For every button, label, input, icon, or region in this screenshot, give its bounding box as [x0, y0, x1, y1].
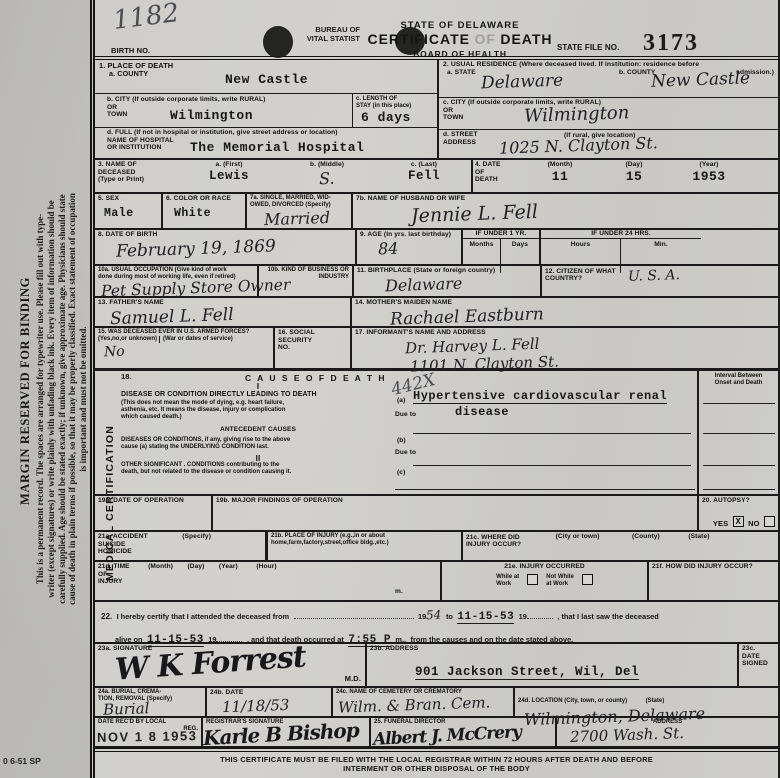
cause-title: C A U S E O F D E A T H	[245, 373, 387, 383]
interval-label: Interval Between Onset and Death	[702, 372, 775, 387]
death-month: 11	[521, 169, 599, 184]
birth-no-label: BIRTH NO.	[111, 47, 150, 55]
margin-instructions: This is a permanent record. The spaces a…	[35, 29, 89, 769]
death-year: 1953	[669, 169, 749, 184]
while-at-work-checkbox	[527, 574, 538, 585]
cause-a-value-2: disease	[455, 405, 509, 419]
place-of-death-title: 1. PLACE OF DEATH	[99, 62, 433, 70]
lead-label: DISEASE OR CONDITION DIRECTLY LEADING TO…	[121, 391, 395, 399]
row-name-date: 3. NAME OF DECEASED (Type or Print) a. (…	[95, 160, 778, 194]
filing-notice: THIS CERTIFICATE MUST BE FILED WITH THE …	[95, 748, 778, 773]
state-file-number: 3173	[643, 30, 699, 57]
last-name-cell: c. (Last) Fell	[377, 160, 473, 192]
under-1yr-cell: IF UNDER 1 YR. Months Days	[463, 230, 541, 264]
autopsy-no-checkbox	[764, 516, 775, 527]
city-value: Wilmington	[170, 108, 253, 123]
race-cell: 6. COLOR OR RACE White	[163, 194, 247, 228]
date-received-stamp: NOV 1 8 1953	[97, 728, 198, 745]
md-label: M.D.	[345, 675, 361, 683]
armed-forces-value: No	[104, 344, 125, 361]
race-value: White	[174, 207, 242, 220]
margin-instruction-line: carefully supplied. Age should be stated…	[57, 29, 68, 769]
cause-a-value: Hypertensive cardiovascular renal	[413, 389, 667, 404]
attended-to-date: 11-15-53	[457, 611, 514, 624]
where-injury-cell: 21c. WHERE DID INJURY OCCUR? (City or to…	[463, 532, 778, 560]
father-cell: 13. FATHER'S NAME Samuel L. Fell	[95, 298, 352, 326]
row-certify-statement: 22. I hereby certify that I attended the…	[95, 602, 778, 644]
injury-occurred-cell: 21e. INJURY OCCURRED While at Work Not W…	[442, 562, 649, 600]
sex-value: Male	[104, 207, 158, 220]
burial-type-cell: 24a. BURIAL, CREMA- TION, REMOVAL (Speci…	[95, 688, 207, 716]
antecedent-label: ANTECEDENT CAUSES	[121, 426, 395, 434]
sex-cell: 5. SEX Male	[95, 194, 163, 228]
spouse-cell: 7b. NAME OF HUSBAND OR WIFE Jennie L. Fe…	[353, 194, 778, 228]
informant-cell: 17. INFORMANT'S NAME AND ADDRESS Dr. Har…	[352, 328, 778, 368]
length-of-stay-label: c. LENGTH OF STAY (in this place)	[356, 96, 434, 110]
burial-date-cell: 24b. DATE 11/18/53	[207, 688, 333, 716]
age-value: 84	[378, 238, 399, 258]
medical-certification-label: MEDICAL CERTIFICATION	[101, 383, 119, 623]
usual-residence-title: 2. USUAL RESIDENCE (Where deceased lived…	[443, 61, 774, 69]
middle-name-value: S.	[319, 168, 335, 188]
major-findings-cell: 19b. MAJOR FINDINGS OF OPERATION	[213, 496, 699, 530]
margin-instruction-line: is important and must not be omitted.	[78, 29, 89, 769]
lead-note: (This does not mean the mode of dying, e…	[121, 400, 395, 421]
row-place-residence: 1. PLACE OF DEATH a. COUNTY New Castle b…	[95, 60, 778, 160]
birthplace-cell: 11. BIRTHPLACE (State or foreign country…	[354, 266, 542, 296]
accident-cell: 21a. ACCIDENT SUICIDE HOMICIDE (Specify)	[95, 532, 267, 560]
row-operation-autopsy: 19a. DATE OF OPERATION 19b. MAJOR FINDIN…	[95, 496, 778, 532]
row-sex-race-marital: 5. SEX Male 6. COLOR OR RACE White 7a. S…	[95, 194, 778, 230]
interval-column: Interval Between Onset and Death	[699, 371, 778, 494]
age-cell: 9. AGE (In yrs. last birthday) 84	[357, 230, 463, 264]
cemetery-cell: 24c. NAME OF CEMETERY OR CREMATORY Wilm.…	[333, 688, 515, 716]
row-occupation-birthplace: 10a. USUAL OCCUPATION (Give kind of work…	[95, 266, 778, 298]
physician-address-cell: 23b. ADDRESS 901 Jackson Street, Wil, De…	[367, 644, 739, 686]
last-name-value: Fell	[377, 169, 471, 183]
state-label: a. STATE	[447, 69, 476, 77]
attended-from-year: 54	[426, 608, 442, 623]
county-value: New Castle	[225, 72, 308, 87]
physician-signature-cell: 23a. SIGNATURE W K Forrest M.D.	[95, 644, 367, 686]
occupation-cell: 10a. USUAL OCCUPATION (Give kind of work…	[95, 266, 259, 296]
marital-cell: 7a. SINGLE, MARRIED, WID- OWED, DIVORCED…	[247, 194, 353, 228]
state-value: Delaware	[481, 71, 564, 94]
cause-c-line	[413, 465, 691, 466]
row-burial: 24a. BURIAL, CREMA- TION, REMOVAL (Speci…	[95, 688, 778, 718]
place-of-injury-cell: 21b. PLACE OF INJURY (e.g.,in or about h…	[267, 532, 463, 560]
date-received-cell: DATE REC'D BY LOCAL REG. NOV 1 8 1953	[95, 718, 203, 746]
autopsy-cell: 20. AUTOPSY? YES X NO	[699, 496, 778, 530]
antecedent-note: DISEASES OR CONDITIONS, if any, giving r…	[121, 437, 395, 451]
margin-instruction-line: This is a permanent record. The spaces a…	[35, 29, 46, 769]
binding-margin: MARGIN RESERVED FOR BINDING This is a pe…	[0, 0, 90, 778]
certificate-body: 1182 BUREAU OF VITAL STATIST BIRTH NO. S…	[90, 0, 780, 778]
burial-location-cell: 24d. LOCATION (City, town, or county) (S…	[515, 688, 778, 716]
title-block: STATE OF DELAWARE CERTIFICATE OF DEATH B…	[295, 20, 625, 59]
hospital-value: The Memorial Hospital	[190, 140, 364, 155]
other-conditions-line	[395, 489, 695, 490]
row-registrar: DATE REC'D BY LOCAL REG. NOV 1 8 1953 RE…	[95, 718, 778, 748]
section-place-of-death: 1. PLACE OF DEATH a. COUNTY New Castle b…	[95, 60, 439, 158]
physician-address-value: 901 Jackson Street, Wil, Del	[415, 665, 639, 680]
state-file-label: STATE FILE NO.	[557, 44, 619, 52]
burial-date-value: 11/18/53	[222, 695, 290, 715]
date-of-birth-cell: 8. DATE OF BIRTH February 19, 1869	[95, 230, 357, 264]
time-of-injury-cell: 21d. TIME OF INJURY (Month) (Day) (Year)…	[95, 562, 442, 600]
how-injury-cell: 21f. HOW DID INJURY OCCUR?	[649, 562, 778, 600]
registrar-signature-cell: REGISTRAR'S SIGNATURE Karle B Bishop	[203, 718, 371, 746]
funeral-director-address: 2700 Wash. St.	[570, 724, 685, 746]
row-parents: 13. FATHER'S NAME Samuel L. Fell 14. MOT…	[95, 298, 778, 328]
date-of-death-label: 4. DATE OF DEATH	[475, 161, 521, 191]
mother-cell: 14. MOTHER'S MAIDEN NAME Rachael Eastbur…	[352, 298, 778, 326]
hidden-of: OF	[474, 31, 495, 47]
state-line: STATE OF DELAWARE	[295, 20, 625, 31]
cause-b-line	[413, 433, 691, 434]
res-city-value: Wilmington	[524, 102, 630, 127]
row-injury-2: 21d. TIME OF INJURY (Month) (Day) (Year)…	[95, 562, 778, 602]
date-of-death-cell: 4. DATE OF DEATH (Month)11 (Day)15 (Year…	[473, 160, 778, 192]
birthplace-value: Delaware	[385, 273, 463, 295]
marital-value: Married	[264, 208, 331, 229]
ink-stamp-blob	[263, 26, 293, 58]
spouse-value: Jennie L. Fell	[411, 200, 539, 226]
date-signed-cell: 23c. DATE SIGNED	[739, 644, 778, 686]
row-physician: 23a. SIGNATURE W K Forrest M.D. 23b. ADD…	[95, 644, 778, 688]
row-forces-ssn-informant: 15. WAS DECEASED EVER IN U.S. ARMED FORC…	[95, 328, 778, 370]
under-24hrs-cell: IF UNDER 24 HRS. Hours Min.	[541, 230, 778, 264]
autopsy-yes-checkbox: X	[733, 516, 744, 527]
row-birth-age: 8. DATE OF BIRTH February 19, 1869 9. AG…	[95, 230, 778, 266]
burial-type-value: Burial	[103, 699, 150, 719]
row-injury-1: 21a. ACCIDENT SUICIDE HOMICIDE (Specify)…	[95, 532, 778, 562]
father-value: Samuel L. Fell	[110, 304, 234, 328]
other-conditions-label: OTHER SIGNIFICANT . CONDITIONS contribut…	[121, 462, 395, 476]
row-cause-of-death: 18. C A U S E O F D E A T H 442X I DISEA…	[95, 370, 778, 496]
funeral-director-signature: Albert J. McCrery	[373, 722, 522, 750]
armed-forces-cell: 15. WAS DECEASED EVER IN U.S. ARMED FORC…	[95, 328, 275, 368]
citizen-cell: 12. CITIZEN OF WHAT COUNTRY? U. S. A.	[542, 266, 778, 296]
margin-binding-title: MARGIN RESERVED FOR BINDING	[16, 186, 34, 596]
first-name-value: Lewis	[181, 169, 277, 183]
ink-stamp-blob	[395, 27, 425, 55]
citizen-value: U. S. A.	[628, 267, 680, 285]
margin-instruction-line: writer (except signatures) or write plai…	[46, 29, 57, 769]
section-usual-residence: 2. USUAL RESIDENCE (Where deceased lived…	[439, 60, 778, 158]
margin-instruction-line: cause of death in plain terms if possibl…	[67, 29, 78, 769]
length-of-stay-value: 6 days	[361, 110, 411, 125]
cemetery-value: Wilm. & Bran. Cem.	[338, 693, 491, 716]
ssn-cell: 16. SOCIAL SECURITY NO.	[275, 328, 352, 368]
not-while-at-work-checkbox	[582, 574, 593, 585]
funeral-director-address-cell: ADDRESS 2700 Wash. St.	[557, 718, 778, 746]
mother-value: Rachael Eastburn	[390, 304, 544, 329]
form-code: 0 6-51 SP	[3, 756, 41, 766]
certificate-header: 1182 BUREAU OF VITAL STATIST BIRTH NO. S…	[95, 0, 778, 60]
middle-name-cell: b. (Middle) S.	[277, 160, 377, 192]
res-county-value: New Castle	[651, 68, 751, 91]
scanned-death-certificate: { "header": { "ledger_no": "1182", "bure…	[0, 0, 780, 778]
date-of-birth-value: February 19, 1869	[116, 236, 276, 262]
cause-number: 18.	[121, 373, 132, 381]
handwritten-ledger-number: 1182	[111, 0, 180, 36]
name-of-deceased-label: 3. NAME OF DECEASED (Type or Print)	[95, 160, 181, 192]
funeral-director-cell: 25. FUNERAL DIRECTOR Albert J. McCrery	[371, 718, 557, 746]
death-day: 15	[599, 169, 669, 184]
first-name-cell: a. (First) Lewis	[181, 160, 277, 192]
